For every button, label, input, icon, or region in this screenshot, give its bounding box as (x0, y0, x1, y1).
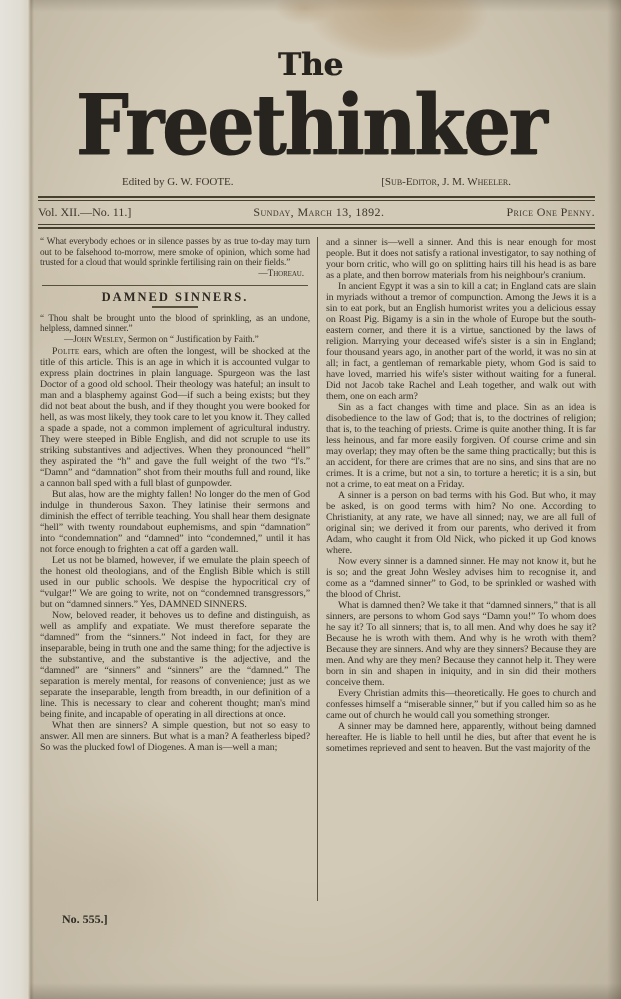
attribution-name: —John Wesley, (64, 335, 126, 345)
editor-credit: Edited by G. W. FOOTE. (122, 176, 234, 188)
sub-editor-credit: [Sub-Editor, J. M. Wheeler. (381, 176, 511, 188)
paragraph: Now every sinner is a damned sinner. He … (326, 556, 596, 600)
masthead-the: The (0, 0, 621, 80)
article-epigraph-attribution: —John Wesley, Sermon on “ Justification … (40, 335, 310, 346)
paragraph: In ancient Egypt it was a sin to kill a … (326, 281, 596, 402)
issue-number-footer: No. 555.] (62, 912, 108, 927)
paragraph: A sinner is a person on bad terms with h… (326, 490, 596, 556)
issue-date: Sunday, March 13, 1892. (253, 205, 384, 220)
page-epigraph-attribution: —Thoreau. (40, 269, 310, 280)
paragraph: Polite ears, which are often the longest… (40, 346, 310, 489)
issue-price: Price One Penny. (506, 205, 595, 220)
column-left: “ What everybody echoes or in silence pa… (40, 237, 317, 901)
masthead: The Freethinker (0, 0, 621, 162)
paragraph: A sinner may be damned here, apparently,… (326, 721, 596, 754)
attribution-rest: Sermon on “ Justification by Faith.” (126, 335, 259, 345)
page-epigraph: “ What everybody echoes or in silence pa… (40, 237, 310, 269)
article-title: DAMNED SINNERS. (40, 292, 310, 303)
issue-line: Vol. XII.—No. 11.] Sunday, March 13, 189… (38, 205, 595, 220)
paragraph: But alas, how are the mighty fallen! No … (40, 489, 310, 555)
divider-rule (42, 285, 308, 286)
newspaper-page: The Freethinker Edited by G. W. FOOTE. [… (0, 0, 621, 999)
paragraph: Every Christian admits this—theoreticall… (326, 688, 596, 721)
paragraph: What then are sinners? A simple question… (40, 720, 310, 753)
issue-rule (38, 224, 595, 229)
article-columns: “ What everybody echoes or in silence pa… (40, 237, 597, 901)
title-rule (152, 306, 198, 308)
column-right: and a sinner is—well a sinner. And this … (317, 237, 596, 901)
paragraph: Sin as a fact changes with time and plac… (326, 402, 596, 490)
paragraph: and a sinner is—well a sinner. And this … (326, 237, 596, 281)
paragraph-text: ears, which are often the longest, will … (40, 346, 310, 489)
masthead-title: Freethinker (0, 80, 621, 172)
paragraph: Now, beloved reader, it behoves us to de… (40, 610, 310, 720)
paragraph: Let us not be blamed, however, if we emu… (40, 555, 310, 610)
masthead-rule (38, 196, 595, 201)
paragraph: What is damned then? We take it that “da… (326, 600, 596, 688)
article-epigraph: “ Thou shalt be brought unto the blood o… (40, 314, 310, 335)
lead-word: Polite (52, 346, 80, 357)
volume-number: Vol. XII.—No. 11.] (38, 205, 131, 220)
